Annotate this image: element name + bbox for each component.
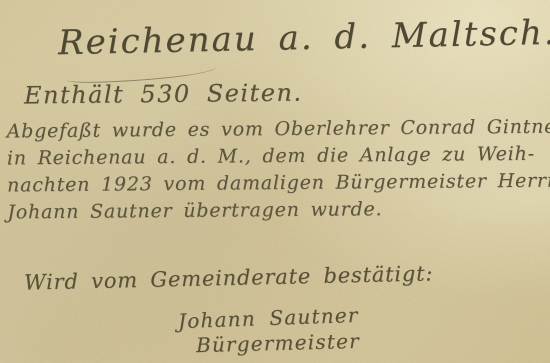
- body-paragraph: Abgefaßt wurde es vom Oberlehrer Conrad …: [7, 114, 550, 227]
- body-line: nachten 1923 vom damaligen Bürgermeister…: [7, 168, 550, 200]
- confirmation-line: Wird vom Gemeinderate bestätigt:: [24, 261, 434, 294]
- signature-role: Bürgermeister: [196, 329, 360, 357]
- page-count-line: Enthält 530 Seiten.: [24, 79, 303, 110]
- page-title: Reichenau a. d. Maltsch.: [58, 13, 550, 63]
- chronicle-title-page: Reichenau a. d. Maltsch. Enthält 530 Sei…: [0, 0, 550, 363]
- body-line: Johann Sautner übertragen wurde.: [7, 195, 550, 227]
